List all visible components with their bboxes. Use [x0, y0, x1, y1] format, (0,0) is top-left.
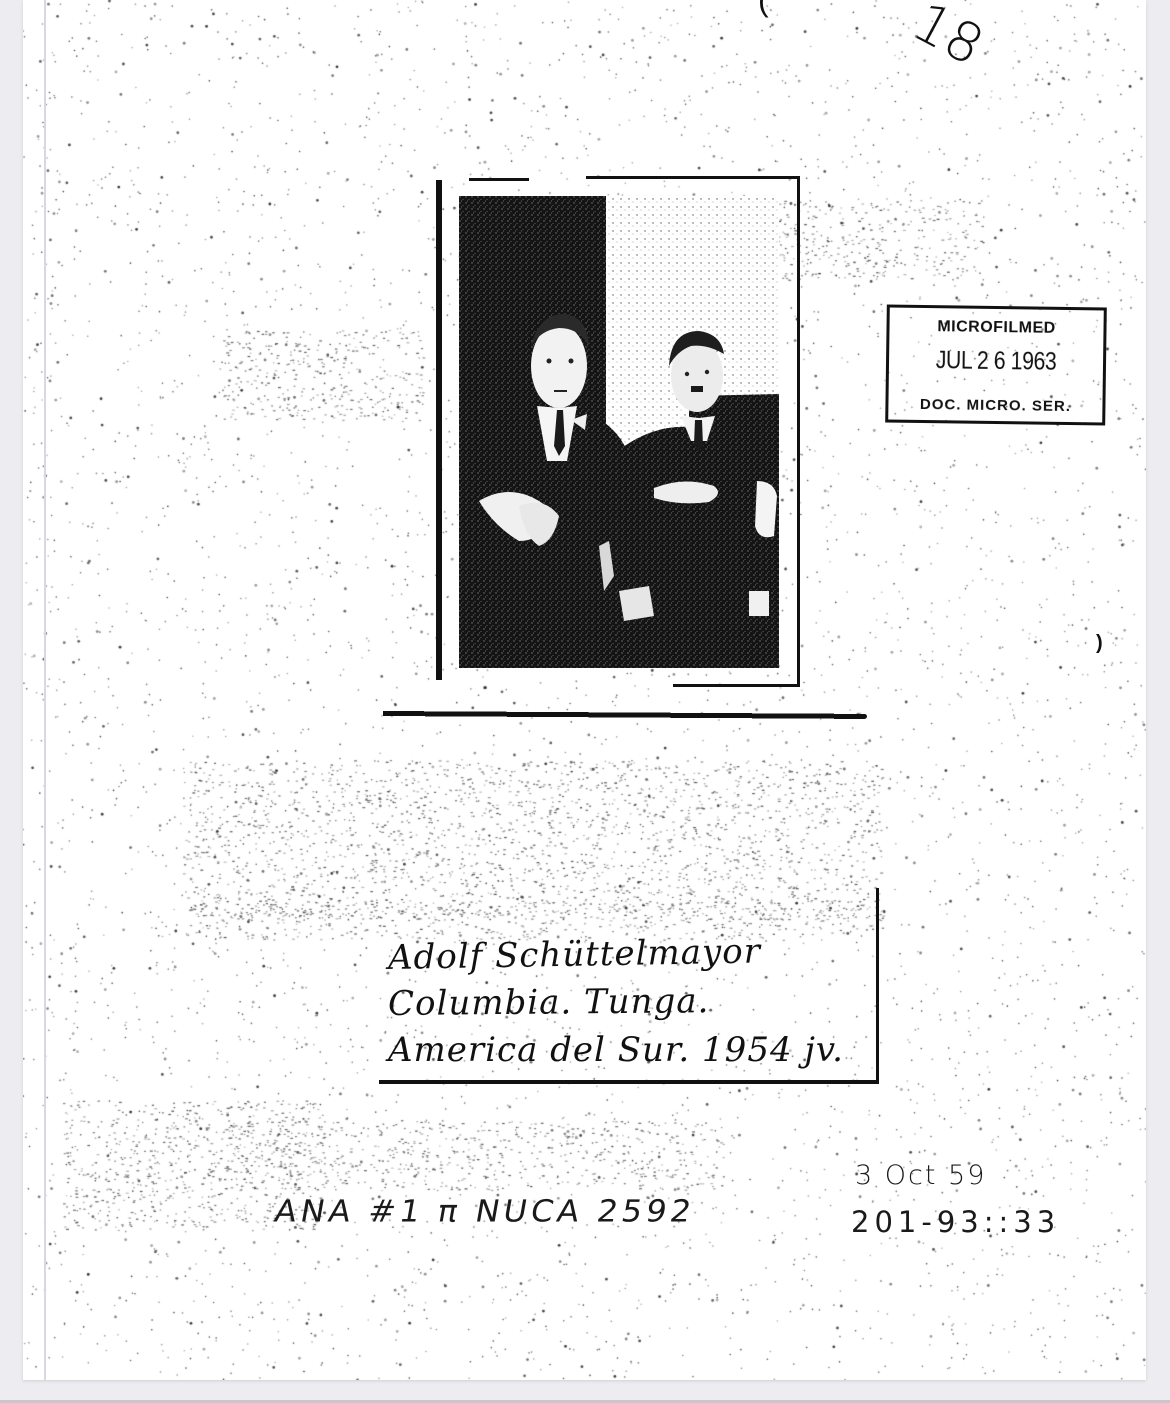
document-page: ( 18 — [23, 0, 1146, 1380]
stamp-date: JUL 2 6 1963 — [905, 346, 1087, 378]
caption-line-location: Columbia. Tunga. — [388, 977, 858, 1027]
caption-line-name: Adolf Schüttelmayor — [388, 927, 859, 981]
caption-box-bottom-border — [379, 1080, 879, 1084]
photo-frame-right-border — [797, 177, 800, 687]
stamp-title: MICROFILMED — [889, 318, 1103, 339]
caption-line-region-year: America del Sur. 1954 jv. — [388, 1027, 858, 1073]
microfilmed-stamp: MICROFILMED JUL 2 6 1963 DOC. MICRO. SER… — [885, 304, 1107, 425]
photo-frame-left-border — [436, 180, 442, 680]
top-paren-mark: ( — [758, 0, 769, 19]
photo-frame-bottom-border — [673, 684, 800, 687]
photograph-image — [459, 196, 779, 668]
photo-frame-top-border — [586, 176, 800, 179]
handwritten-date: 3 Oct 59 — [855, 1160, 986, 1191]
caption-box-right-border — [876, 888, 879, 1084]
handwritten-caption: Adolf Schüttelmayor Columbia. Tunga. Ame… — [388, 935, 858, 1073]
margin-mark: ) — [1096, 632, 1103, 655]
photo-frame-top-border — [469, 178, 529, 181]
photograph — [459, 196, 779, 668]
page-edge — [44, 0, 46, 1380]
handwritten-file-number: 201-93::33 — [851, 1205, 1060, 1239]
handwritten-cable-reference: ANA #1 π NUCA 2592 — [272, 1193, 698, 1229]
stamp-footer: DOC. MICRO. SER. — [888, 396, 1102, 416]
